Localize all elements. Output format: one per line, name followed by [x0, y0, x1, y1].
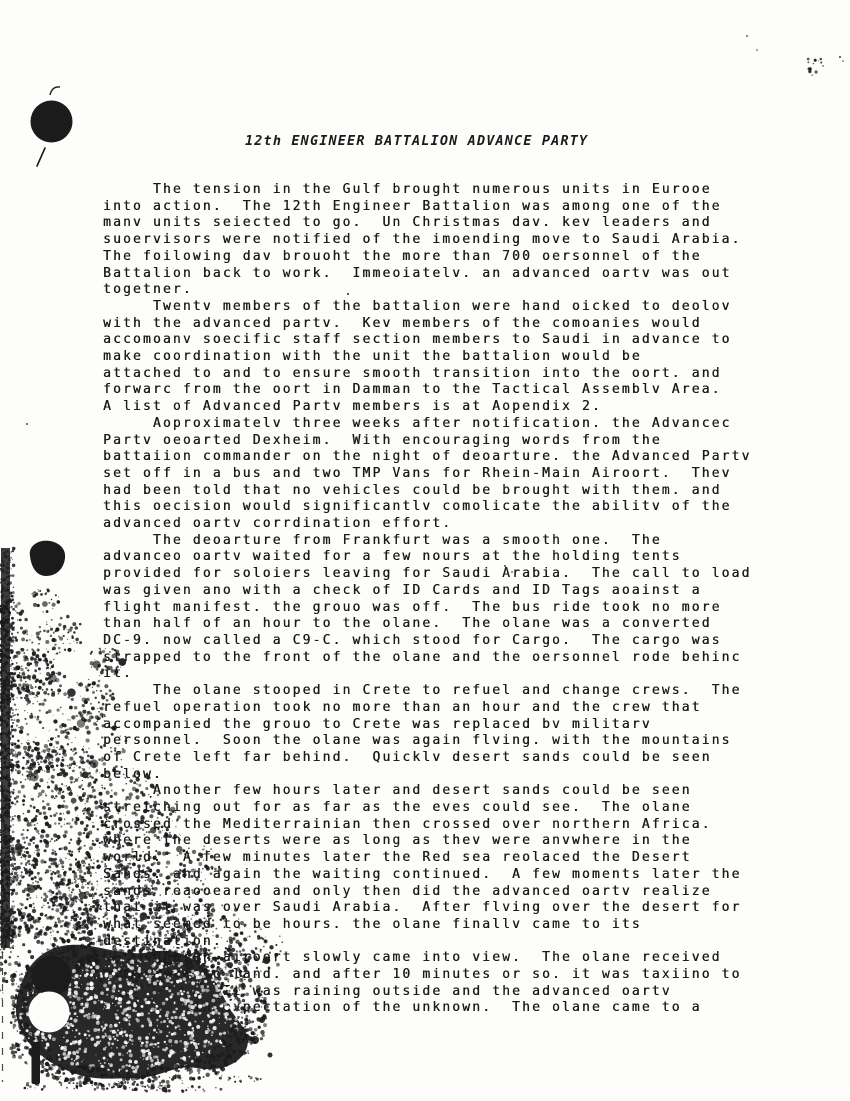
slash-mark	[37, 148, 45, 166]
document-body-text: The tension in the Gulf brought numerous…	[103, 182, 751, 1017]
scanned-page: 12th ENGINEER BATTALION ADVANCE PARTY Th…	[0, 0, 850, 1101]
pen-tick-mark	[50, 87, 60, 95]
ink-blob-left-margin	[30, 541, 65, 576]
top-right-specks	[746, 35, 844, 76]
left-edge-scan-band	[0, 547, 15, 1082]
document-title: 12th ENGINEER BATTALION ADVANCE PARTY	[245, 133, 588, 149]
hole-punch-mark-top-left	[31, 101, 73, 143]
